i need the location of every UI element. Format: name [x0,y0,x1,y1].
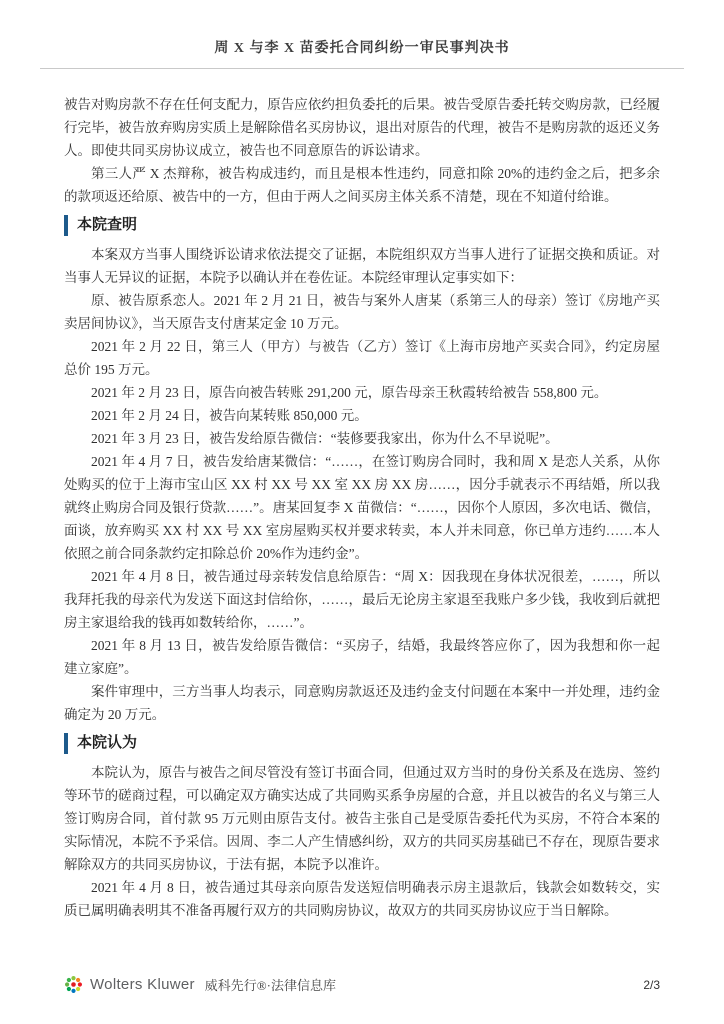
section-heading: 本院认为 [64,733,660,754]
paragraph: 被告对购房款不存在任何支配力，原告应依约担负委托的后果。被告受原告委托转交购房款… [64,93,660,162]
document-page: 周 X 与李 X 苗委托合同纠纷一审民事判决书 被告对购房款不存在任何支配力，原… [0,0,724,1024]
paragraph: 原、被告原系恋人。2021 年 2 月 21 日，被告与案外人唐某（系第三人的母… [64,289,660,335]
document-body: 被告对购房款不存在任何支配力，原告应依约担负委托的后果。被告受原告委托转交购房款… [64,93,660,922]
wolters-kluwer-logo [64,975,83,994]
paragraph: 2021 年 4 月 8 日，被告通过母亲转发信息给原告：“周 X：因我现在身体… [64,565,660,634]
paragraph: 2021 年 8 月 13 日，被告发给原告微信：“买房子，结婚，我最终答应你了… [64,634,660,680]
document-footer: Wolters Kluwer 威科先行®·法律信息库 2/3 [64,975,660,994]
paragraph: 2021 年 2 月 22 日，第三人（甲方）与被告（乙方）签订《上海市房地产买… [64,335,660,381]
page-number: 2/3 [643,978,660,992]
paragraph: 本案双方当事人围绕诉讼请求依法提交了证据，本院组织双方当事人进行了证据交换和质证… [64,243,660,289]
document-title: 周 X 与李 X 苗委托合同纠纷一审民事判决书 [40,40,684,58]
paragraph: 2021 年 2 月 24 日，被告向某转账 850,000 元。 [64,404,660,427]
paragraph: 案件审理中，三方当事人均表示，同意购房款返还及违约金支付问题在本案中一并处理，违… [64,680,660,726]
paragraph: 2021 年 4 月 7 日，被告发给唐某微信：“……，在签订购房合同时，我和周… [64,450,660,565]
paragraph: 第三人严 X 杰辩称，被告构成违约，而且是根本性违约，同意扣除 20%的违约金之… [64,162,660,208]
header-divider [40,68,684,69]
brand-name: Wolters Kluwer [90,976,195,993]
paragraph: 2021 年 4 月 8 日，被告通过其母亲向原告发送短信明确表示房主退款后，钱… [64,876,660,922]
paragraph: 本院认为，原告与被告之间尽管没有签订书面合同，但通过双方当时的身份关系及在选房、… [64,761,660,876]
paragraph: 2021 年 2 月 23 日，原告向被告转账 291,200 元，原告母亲王秋… [64,381,660,404]
paragraph: 2021 年 3 月 23 日，被告发给原告微信：“装修要我家出，你为什么不早说… [64,427,660,450]
footer-branding: Wolters Kluwer 威科先行®·法律信息库 [64,975,336,994]
section-heading: 本院查明 [64,215,660,236]
document-header: 周 X 与李 X 苗委托合同纠纷一审民事判决书 [40,0,684,69]
product-name: 威科先行®·法律信息库 [205,975,336,994]
